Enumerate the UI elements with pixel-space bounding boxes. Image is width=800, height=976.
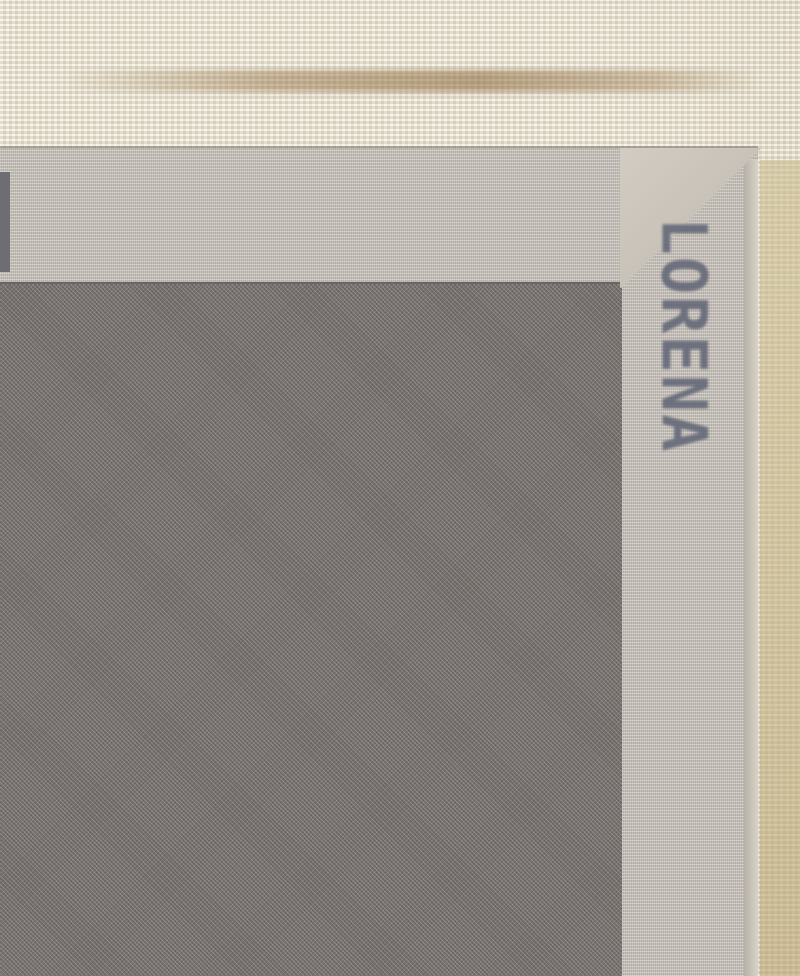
- backing-left-strip: [0, 172, 10, 272]
- rug-brown-stripe: [60, 70, 760, 92]
- label-text: LORENA: [648, 217, 721, 453]
- rug-side-edge: [760, 160, 800, 976]
- rug-photo: LORENA: [0, 0, 800, 976]
- woven-label: LORENA: [638, 200, 730, 470]
- rug-backing: [0, 282, 622, 976]
